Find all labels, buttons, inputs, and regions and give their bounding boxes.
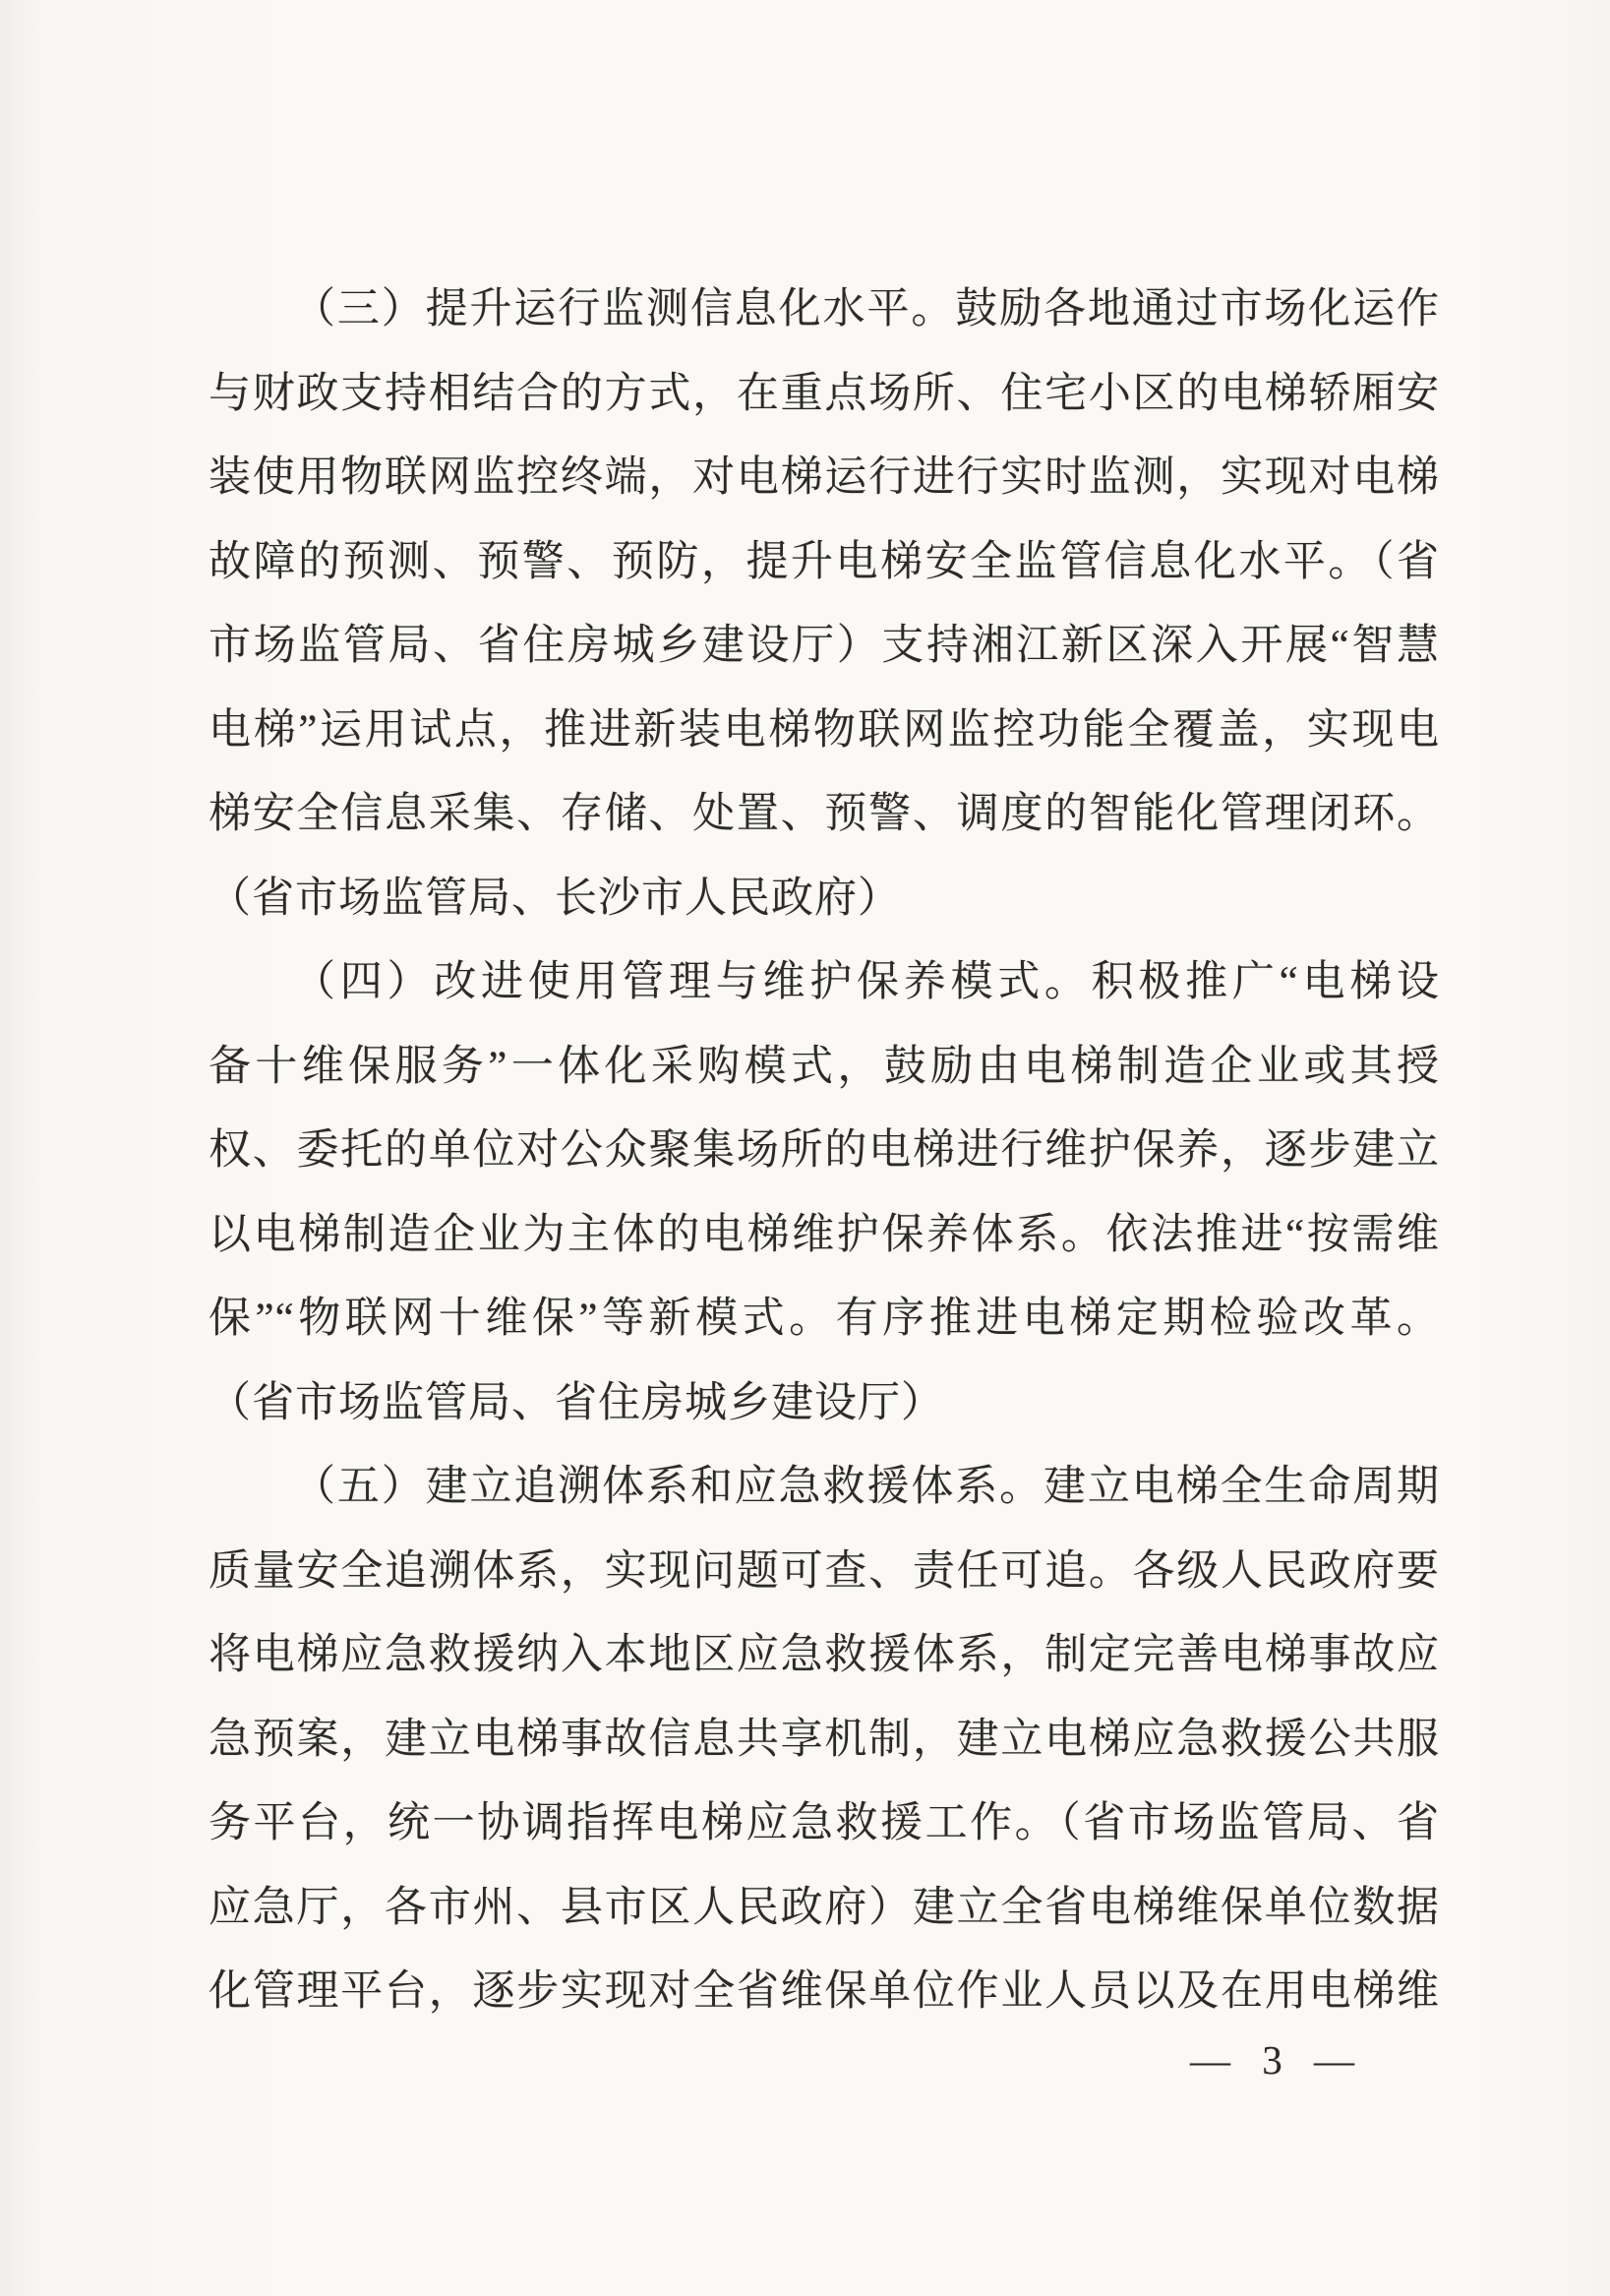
document-line: 市场监管局、省住房城乡建设厅）支持湘江新区深入开展“智慧: [209, 604, 1440, 689]
document-line: 装使用物联网监控终端，对电梯运行进行实时监测，实现对电梯: [209, 436, 1440, 520]
document-line: 权、委托的单位对公众聚集场所的电梯进行维护保养，逐步建立: [209, 1109, 1440, 1193]
document-line: 质量安全追溯体系，实现问题可查、责任可追。各级人民政府要: [209, 1530, 1440, 1614]
document-line: 以电梯制造企业为主体的电梯维护保养体系。依法推进“按需维: [209, 1193, 1440, 1278]
document-line: 将电梯应急救援纳入本地区应急救援体系，制定完善电梯事故应: [209, 1613, 1440, 1698]
document-line: 务平台，统一协调指挥电梯应急救援工作。（省市场监管局、省: [209, 1782, 1440, 1866]
document-line: 故障的预测、预警、预防，提升电梯安全监管信息化水平。（省: [209, 520, 1440, 605]
document-line: 保”“物联网十维保”等新模式。有序推进电梯定期检验改革。: [209, 1277, 1440, 1361]
document-line: 与财政支持相结合的方式，在重点场所、住宅小区的电梯轿厢安: [209, 352, 1440, 437]
document-line: 备十维保服务”一体化采购模式，鼓励由电梯制造企业或其授: [209, 1025, 1440, 1110]
document-line: 化管理平台，逐步实现对全省维保单位作业人员以及在用电梯维: [209, 1950, 1440, 2034]
document-line: （省市场监管局、省住房城乡建设厅）: [209, 1361, 1440, 1446]
document-line: 梯安全信息采集、存储、处置、预警、调度的智能化管理闭环。: [209, 772, 1440, 857]
document-line: （五）建立追溯体系和应急救援体系。建立电梯全生命周期: [209, 1445, 1440, 1530]
document-line: （省市场监管局、长沙市人民政府）: [209, 857, 1440, 941]
document-line: 急预案，建立电梯事故信息共享机制，建立电梯应急救援公共服: [209, 1698, 1440, 1782]
document-body: （三）提升运行监测信息化水平。鼓励各地通过市场化运作 与财政支持相结合的方式，在…: [209, 268, 1440, 2034]
document-line: （四）改进使用管理与维护保养模式。积极推广“电梯设: [209, 940, 1440, 1025]
scanned-document-page: （三）提升运行监测信息化水平。鼓励各地通过市场化运作 与财政支持相结合的方式，在…: [0, 0, 1610, 2296]
document-line: 应急厅，各市州、县市区人民政府）建立全省电梯维保单位数据: [209, 1866, 1440, 1951]
document-line: 电梯”运用试点，推进新装电梯物联网监控功能全覆盖，实现电: [209, 689, 1440, 773]
document-line: （三）提升运行监测信息化水平。鼓励各地通过市场化运作: [209, 268, 1440, 352]
page-number: — 3 —: [1190, 2036, 1387, 2084]
